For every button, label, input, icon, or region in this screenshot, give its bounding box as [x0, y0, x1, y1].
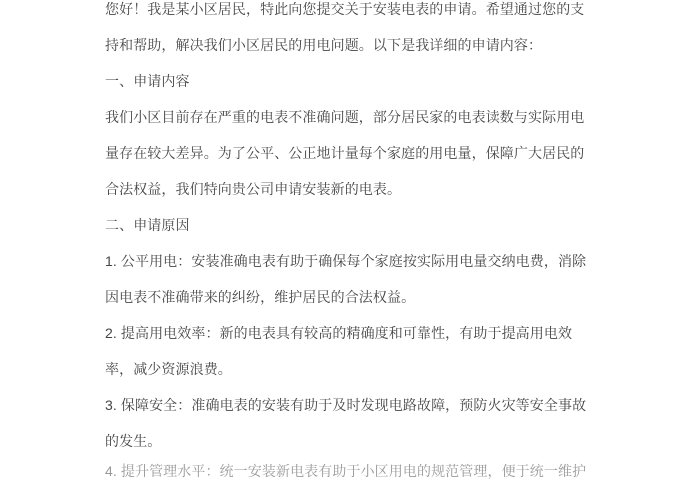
text-line: 我们小区目前存在严重的电表不准确问题，部分居民家的电表读数与实际用电: [105, 99, 605, 135]
list-item-line: 1. 公平用电：安装准确电表有助于确保每个家庭按实际用电量交纳电费，消除: [105, 243, 605, 279]
list-item-line: 因电表不准确带来的纠纷，维护居民的合法权益。: [105, 279, 605, 315]
text-line: 您好！我是某小区居民，特此向您提交关于安装电表的申请。希望通过您的支: [105, 0, 605, 27]
document-page: 您好！我是某小区居民，特此向您提交关于安装电表的申请。希望通过您的支 持和帮助，…: [105, 0, 605, 470]
section-heading: 一、申请内容: [105, 63, 605, 99]
text-line: 持和帮助，解决我们小区居民的用电问题。以下是我详细的申请内容：: [105, 27, 605, 63]
list-item-line: 3. 保障安全：准确电表的安装有助于及时发现电路故障，预防火灾等安全事故: [105, 387, 605, 423]
list-item-line: 率，减少资源浪费。: [105, 351, 605, 387]
text-line: 量存在较大差异。为了公平、公正地计量每个家庭的用电量，保障广大居民的: [105, 135, 605, 171]
text-line: 合法权益，我们特向贵公司申请安装新的电表。: [105, 171, 605, 207]
list-item-line: 2. 提高用电效率：新的电表具有较高的精确度和可靠性，有助于提高用电效: [105, 315, 605, 351]
section-heading: 二、申请原因: [105, 207, 605, 243]
clipped-text-line: 4. 提升管理水平：统一安装新电表有助于小区用电的规范管理，便于统一维护: [105, 453, 605, 470]
